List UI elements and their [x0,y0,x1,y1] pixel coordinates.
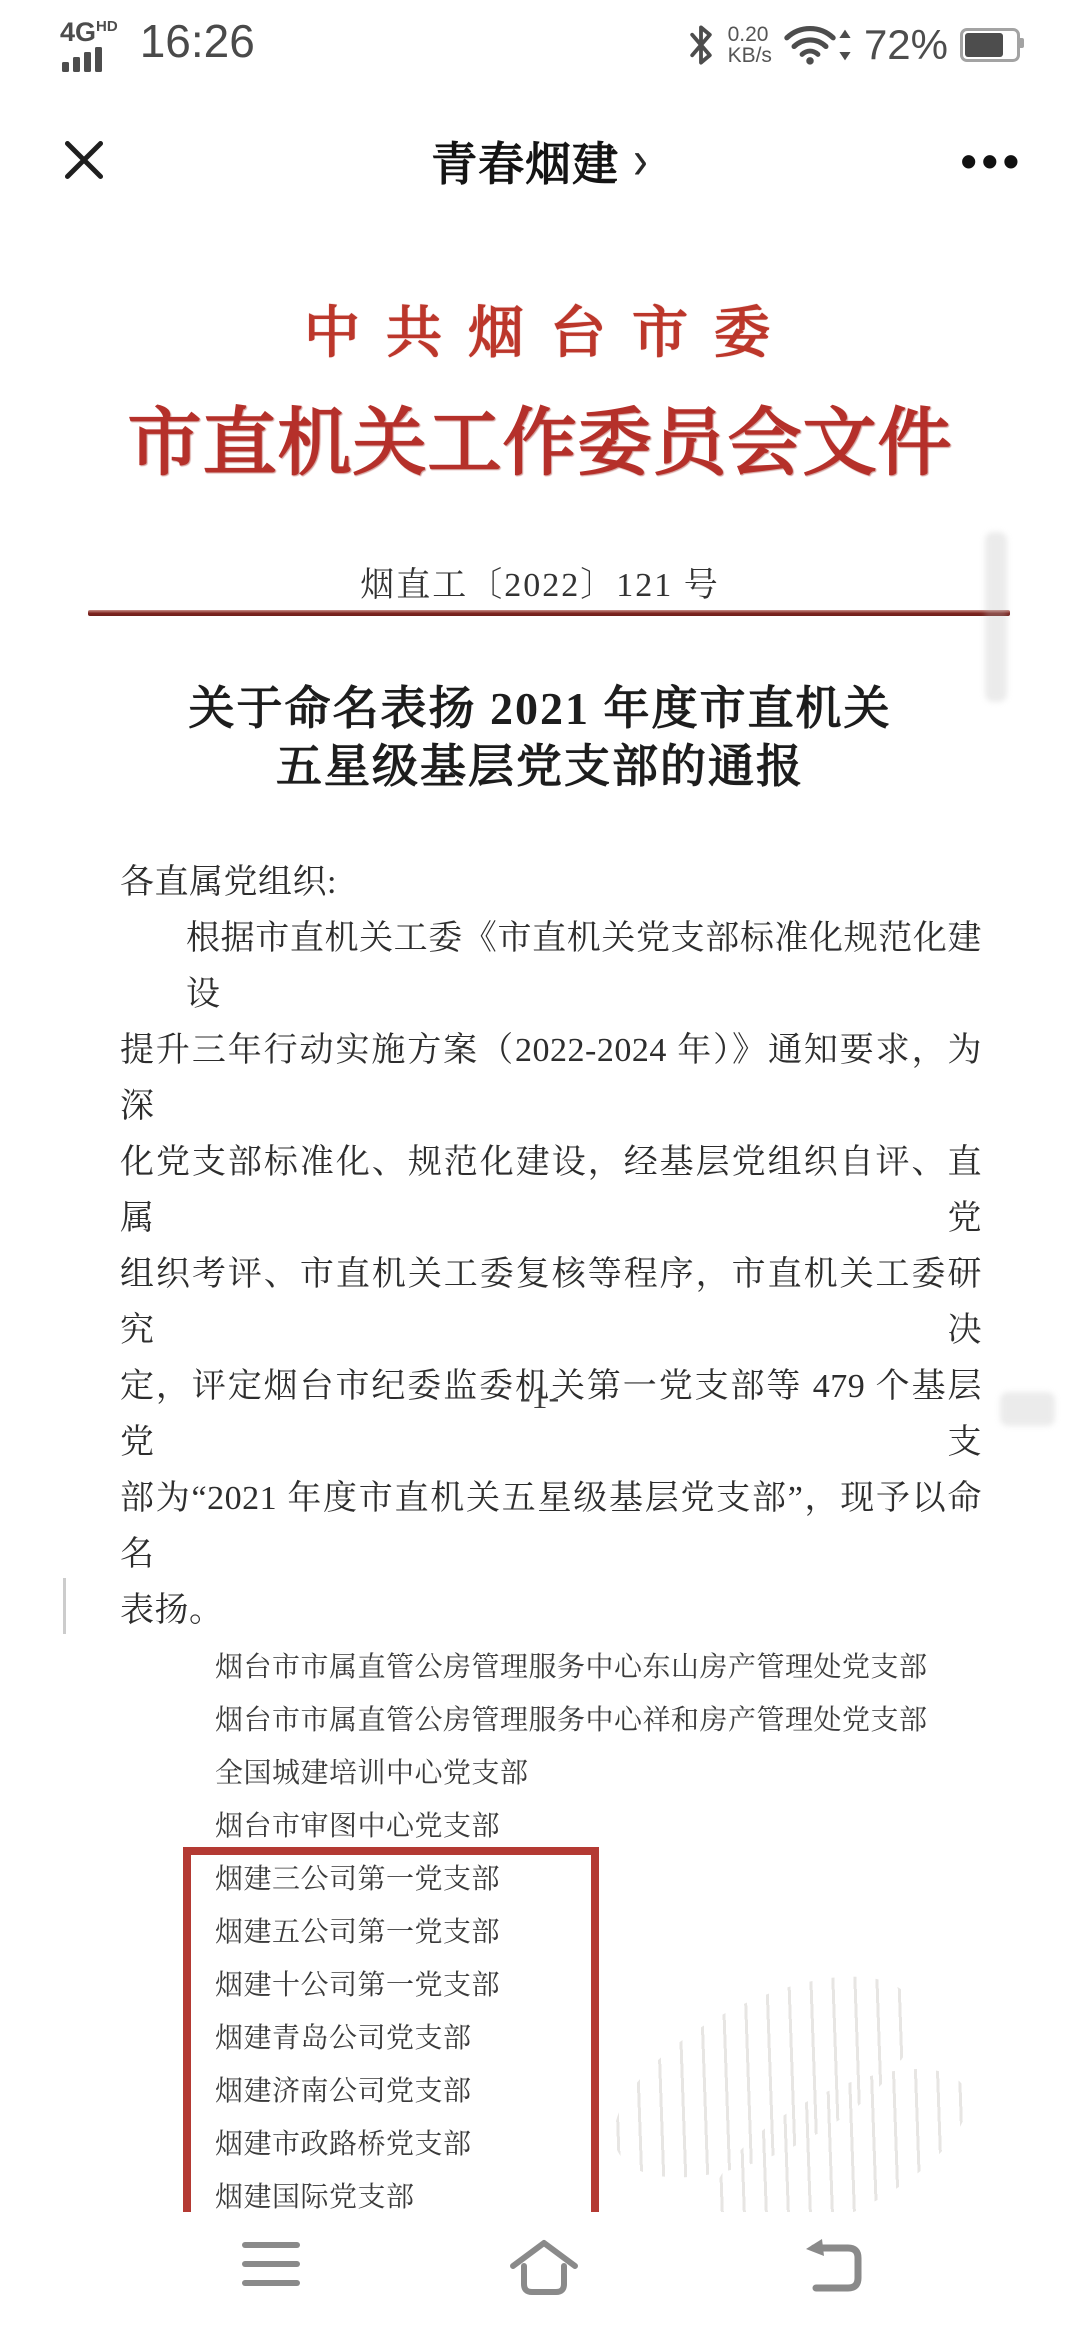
network-speed: 0.20 KB/s [728,24,772,66]
doc-title-line2: 五星级基层党支部的通报 [0,730,1080,796]
battery-percent: 72% [864,21,948,69]
home-icon[interactable] [505,2236,583,2298]
doc-body: 各直属党组织: 根据市直机关工委《市直机关党支部标准化规范化建设 提升三年行动实… [120,855,982,1639]
bluetooth-icon [686,23,716,67]
title-bar: 青春烟建 › ••• [0,90,1080,234]
doc-body-line: 组织考评、市直机关工委复核等程序，市直机关工委研究决 [120,1247,982,1359]
scan-artifact [63,1578,66,1634]
doc-body-line: 部为“2021 年度市直机关五星级基层党支部”，现予以命名 [120,1471,982,1583]
doc-letterhead-title: 市直机关工作委员会文件 [0,384,1080,490]
scan-artifact [1000,1392,1055,1426]
account-title-label: 青春烟建 [431,128,619,194]
status-left: 4GHD 16:26 [60,10,255,72]
doc-page-number: -1- [0,1379,1080,1416]
letterhead-divider [88,610,1010,616]
branch-list-plain: 烟台市市属直管公房管理服务中心东山房产管理处党支部烟台市市属直管公房管理服务中心… [215,1641,975,1853]
wifi-icon [784,24,852,66]
signal-bars-icon [62,47,102,72]
wifi-arrows-icon [838,28,852,62]
phone-screen: 4GHD 16:26 0.20 KB/s [0,0,1080,2340]
list-item: 全国城建培训中心党支部 [215,1747,975,1800]
clock-time: 16:26 [140,10,255,72]
doc-body-line: 根据市直机关工委《市直机关党支部标准化规范化建设 [120,911,982,1023]
account-title[interactable]: 青春烟建 › [0,90,1080,232]
doc-title-line1: 关于命名表扬 2021 年度市直机关 [0,672,1080,738]
chevron-right-icon: › [633,130,649,193]
menu-icon[interactable] [242,2236,300,2286]
battery-icon [960,28,1020,62]
list-item: 烟台市市属直管公房管理服务中心东山房产管理处党支部 [215,1641,975,1694]
network-signal-icon: 4GHD [60,15,118,72]
highlight-rectangle [183,1847,599,2223]
doc-salutation: 各直属党组织: [120,855,982,911]
more-menu-icon[interactable]: ••• [961,90,1024,232]
status-right: 0.20 KB/s 72% [686,0,1020,90]
status-bar: 4GHD 16:26 0.20 KB/s [0,0,1080,90]
doc-body-line: 提升三年行动实施方案（2022-2024 年）》通知要求，为深 [120,1023,982,1135]
doc-body-line: 化党支部标准化、规范化建设，经基层党组织自评、直属党 [120,1135,982,1247]
document-image: 中 共 烟 台 市 委 市直机关工作委员会文件 烟直工〔2022〕121 号 关… [0,232,1080,2217]
doc-body-line: 表扬。 [120,1583,982,1639]
list-item: 烟台市审图中心党支部 [215,1800,975,1853]
scan-artifact [985,532,1007,702]
list-item: 烟台市市属直管公房管理服务中心祥和房产管理处党支部 [215,1694,975,1747]
speed-unit: KB/s [728,45,772,66]
doc-reference-number: 烟直工〔2022〕121 号 [0,557,1080,606]
speed-value: 0.20 [728,24,769,45]
doc-org-header: 中 共 烟 台 市 委 [0,289,1080,369]
back-icon[interactable] [796,2236,870,2294]
network-type-label: 4GHD [60,15,118,44]
android-nav-bar [0,2212,1080,2340]
